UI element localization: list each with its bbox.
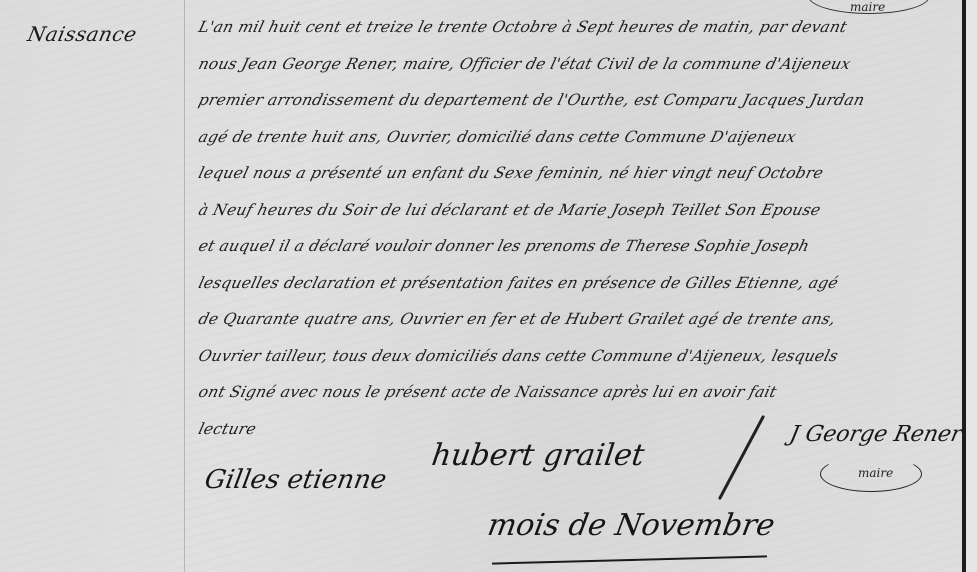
mayor-title: maire xyxy=(858,466,893,480)
record-line: premier arrondissement du departement de… xyxy=(192,91,971,128)
scanned-page: maire Naissance L'an mil huit cent et tr… xyxy=(0,0,962,572)
record-line: agé de trente huit ans, Ouvrier, domicil… xyxy=(192,128,971,165)
margin-title: Naissance xyxy=(25,22,139,46)
record-line: L'an mil huit cent et treize le trente O… xyxy=(192,18,971,55)
signature-witness-2: hubert grailet xyxy=(430,438,647,473)
signature-mayor: J George Rener xyxy=(787,422,964,447)
record-line: de Quarante quatre ans, Ouvrier en fer e… xyxy=(192,310,971,347)
record-line: lesquelles declaration et présentation f… xyxy=(192,274,971,311)
record-line: et auquel il a déclaré vouloir donner le… xyxy=(192,237,971,274)
signature-witness-1: Gilles etienne xyxy=(202,465,388,495)
record-body: L'an mil huit cent et treize le trente O… xyxy=(192,18,962,456)
scan-background xyxy=(966,0,977,572)
record-line: à Neuf heures du Soir de lui déclarant e… xyxy=(192,201,971,238)
month-heading-underline xyxy=(492,555,767,564)
month-heading: mois de Novembre xyxy=(485,508,777,543)
record-line: nous Jean George Rener, maire, Officier … xyxy=(192,55,971,92)
record-line: lequel nous a présenté un enfant du Sexe… xyxy=(192,164,971,201)
record-line: ont Signé avec nous le présent acte de N… xyxy=(192,383,971,420)
top-fragment-text: maire xyxy=(850,0,885,14)
record-line: Ouvrier tailleur, tous deux domiciliés d… xyxy=(192,347,971,384)
margin-rule xyxy=(184,0,185,572)
